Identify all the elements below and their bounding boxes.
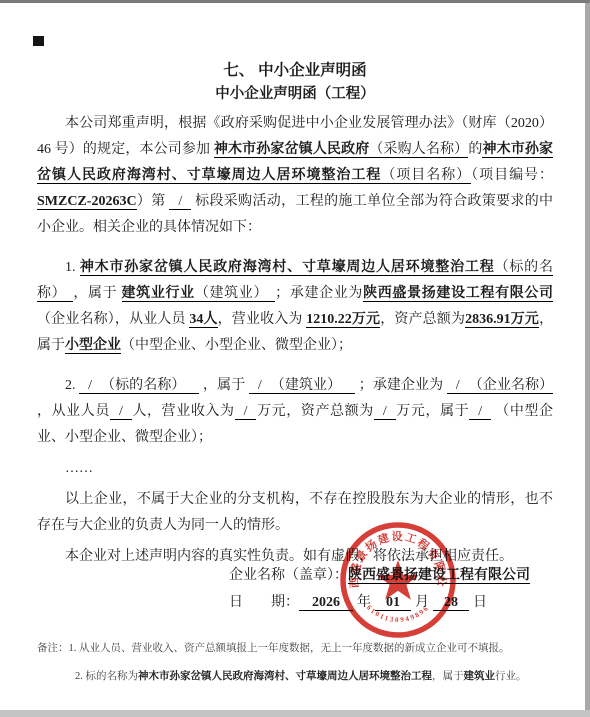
item2-sep5: 万元，资产总额为 (256, 404, 373, 419)
seal-star-icon (377, 560, 419, 600)
item2-sep4: 人，营业收入为 (132, 404, 235, 419)
no-branch-paragraph: 以上企业，不属于大企业的分支机构，不存在控股股东为大企业的情形，也不存在与大企业… (37, 487, 553, 539)
declaration-document-page: 七、 中小企业声明函 中小企业声明函（工程） 本公司郑重声明，根据《政府采购促进… (0, 0, 590, 717)
ellipsis-line: …… (37, 456, 553, 482)
document-title: 七、 中小企业声明函 (37, 60, 553, 82)
page-marker-square (33, 36, 44, 46)
item2-assets-value: / (374, 404, 396, 420)
footnote-2-industry: 建筑业 (464, 671, 496, 682)
company-seal-stamp: 陕西盛景扬建设工程有限公司 6101130949896 (338, 520, 458, 640)
window-right-edge (585, 3, 590, 717)
footnote-1-text: 1. 从业人员、营业收入、资产总额填报上一年度数据，无上一年度数据的新成立企业可… (69, 643, 510, 654)
project-code-close: ）第 (137, 194, 166, 209)
project-code: SMZCZ-20263C (37, 194, 137, 210)
item2-industry-value: / (249, 378, 271, 394)
item2-sep1: ，属于 (203, 378, 245, 393)
item1-industry-label: （建筑业） (195, 286, 275, 302)
footnote-label: 备注： (37, 643, 69, 654)
date-label: 日 期： (229, 595, 299, 610)
footnotes-block: 备注：1. 从业人员、营业收入、资产总额填报上一年度数据，无上一年度数据的新成立… (37, 642, 557, 684)
lot-number-value: / (169, 194, 191, 210)
conjunction-text: 的 (468, 142, 482, 157)
footnote-2-target: 神木市孙家岔镇人民政府海湾村、寸草壕周边人居环境整治工程 (138, 671, 432, 682)
footnote-2-mid: ，属于 (432, 671, 464, 682)
footnote-2-lead: 2. 标的名称为 (75, 671, 138, 682)
item1-size-value: 小型企业 (65, 338, 121, 354)
item1-number: 1. (65, 260, 76, 275)
purchaser-label: （采购人名称） (369, 142, 468, 158)
item2-number: 2. (65, 378, 76, 393)
item2-target-label: （标的名称） (101, 378, 200, 394)
item2-contractor-value: / (447, 378, 469, 394)
item1-size-label: （中型企业、小型企业、微型企业）； (121, 338, 352, 353)
document-subtitle: 中小企业声明函（工程） (37, 82, 553, 106)
project-code-open: （项目编号： (471, 168, 553, 183)
item1-sep5: ，资产总额为 (380, 312, 465, 327)
project-label: （项目名称） (381, 168, 471, 184)
seal-serial-number: 6101130949896 (365, 604, 431, 624)
item1-contractor-label: （企业名称） (37, 312, 115, 327)
item2-contractor-label: （企业名称） (469, 378, 553, 394)
item2-paragraph: 2. /（标的名称） ，属于 /（建筑业） ；承建企业为 /（企业名称） ，从业… (37, 373, 553, 451)
item1-employees-value: 34人 (189, 312, 217, 328)
item1-paragraph: 1. 神木市孙家岔镇人民政府海湾村、寸草壕周边人居环境整治工程（标的名称），属于… (37, 255, 553, 359)
item1-industry-value: 建筑业行业 (122, 286, 195, 302)
item1-sep1: ，属于 (73, 286, 117, 301)
date-day-unit: 日 (473, 595, 487, 610)
footnote-2-tail: 行业。 (495, 671, 527, 682)
item2-employees-value: / (110, 404, 132, 420)
item1-sep3: ，从业人员 (115, 312, 186, 327)
seal-graphic: 陕西盛景扬建设工程有限公司 6101130949896 (338, 520, 458, 640)
company-seal-label: 企业名称（盖章）： (229, 568, 348, 583)
purchaser-name: 神木市孙家岔镇人民政府 (214, 142, 370, 158)
item2-sep2: ；承建企业为 (359, 378, 443, 393)
document-content: 七、 中小企业声明函 中小企业声明函（工程） 本公司郑重声明，根据《政府采购促进… (37, 60, 553, 570)
window-top-edge (0, 0, 590, 3)
item1-target-name: 神木市孙家岔镇人民政府海湾村、寸草壕周边人居环境整治工程 (80, 260, 495, 276)
item2-sep6: 万元，属于 (396, 404, 470, 419)
opening-paragraph: 本公司郑重声明，根据《政府采购促进中小企业发展管理办法》（财库（2020）46 … (37, 111, 553, 241)
item1-revenue-value: 1210.22万元 (306, 312, 380, 328)
item2-target-value: / (79, 378, 101, 394)
item1-assets-value: 2836.91万元 (465, 312, 539, 328)
item1-sep2: ；承建企业为 (275, 286, 363, 301)
footnote-2-line: 2. 标的名称为神木市孙家岔镇人民政府海湾村、寸草壕周边人居环境整治工程，属于建… (75, 670, 557, 684)
footnote-1-line: 备注：1. 从业人员、营业收入、资产总额填报上一年度数据，无上一年度数据的新成立… (37, 642, 557, 656)
item1-sep4: ，营业收入为 (218, 312, 303, 327)
item2-sep3: ，从业人员 (37, 404, 110, 419)
item1-contractor-name: 陕西盛景扬建设工程有限公司 (363, 286, 553, 302)
item2-size-value: / (469, 404, 491, 420)
window-bottom-edge (0, 710, 590, 717)
item2-revenue-value: / (235, 404, 257, 420)
item2-industry-label: （建筑业） (271, 378, 355, 394)
svg-text:6101130949896: 6101130949896 (365, 604, 431, 624)
